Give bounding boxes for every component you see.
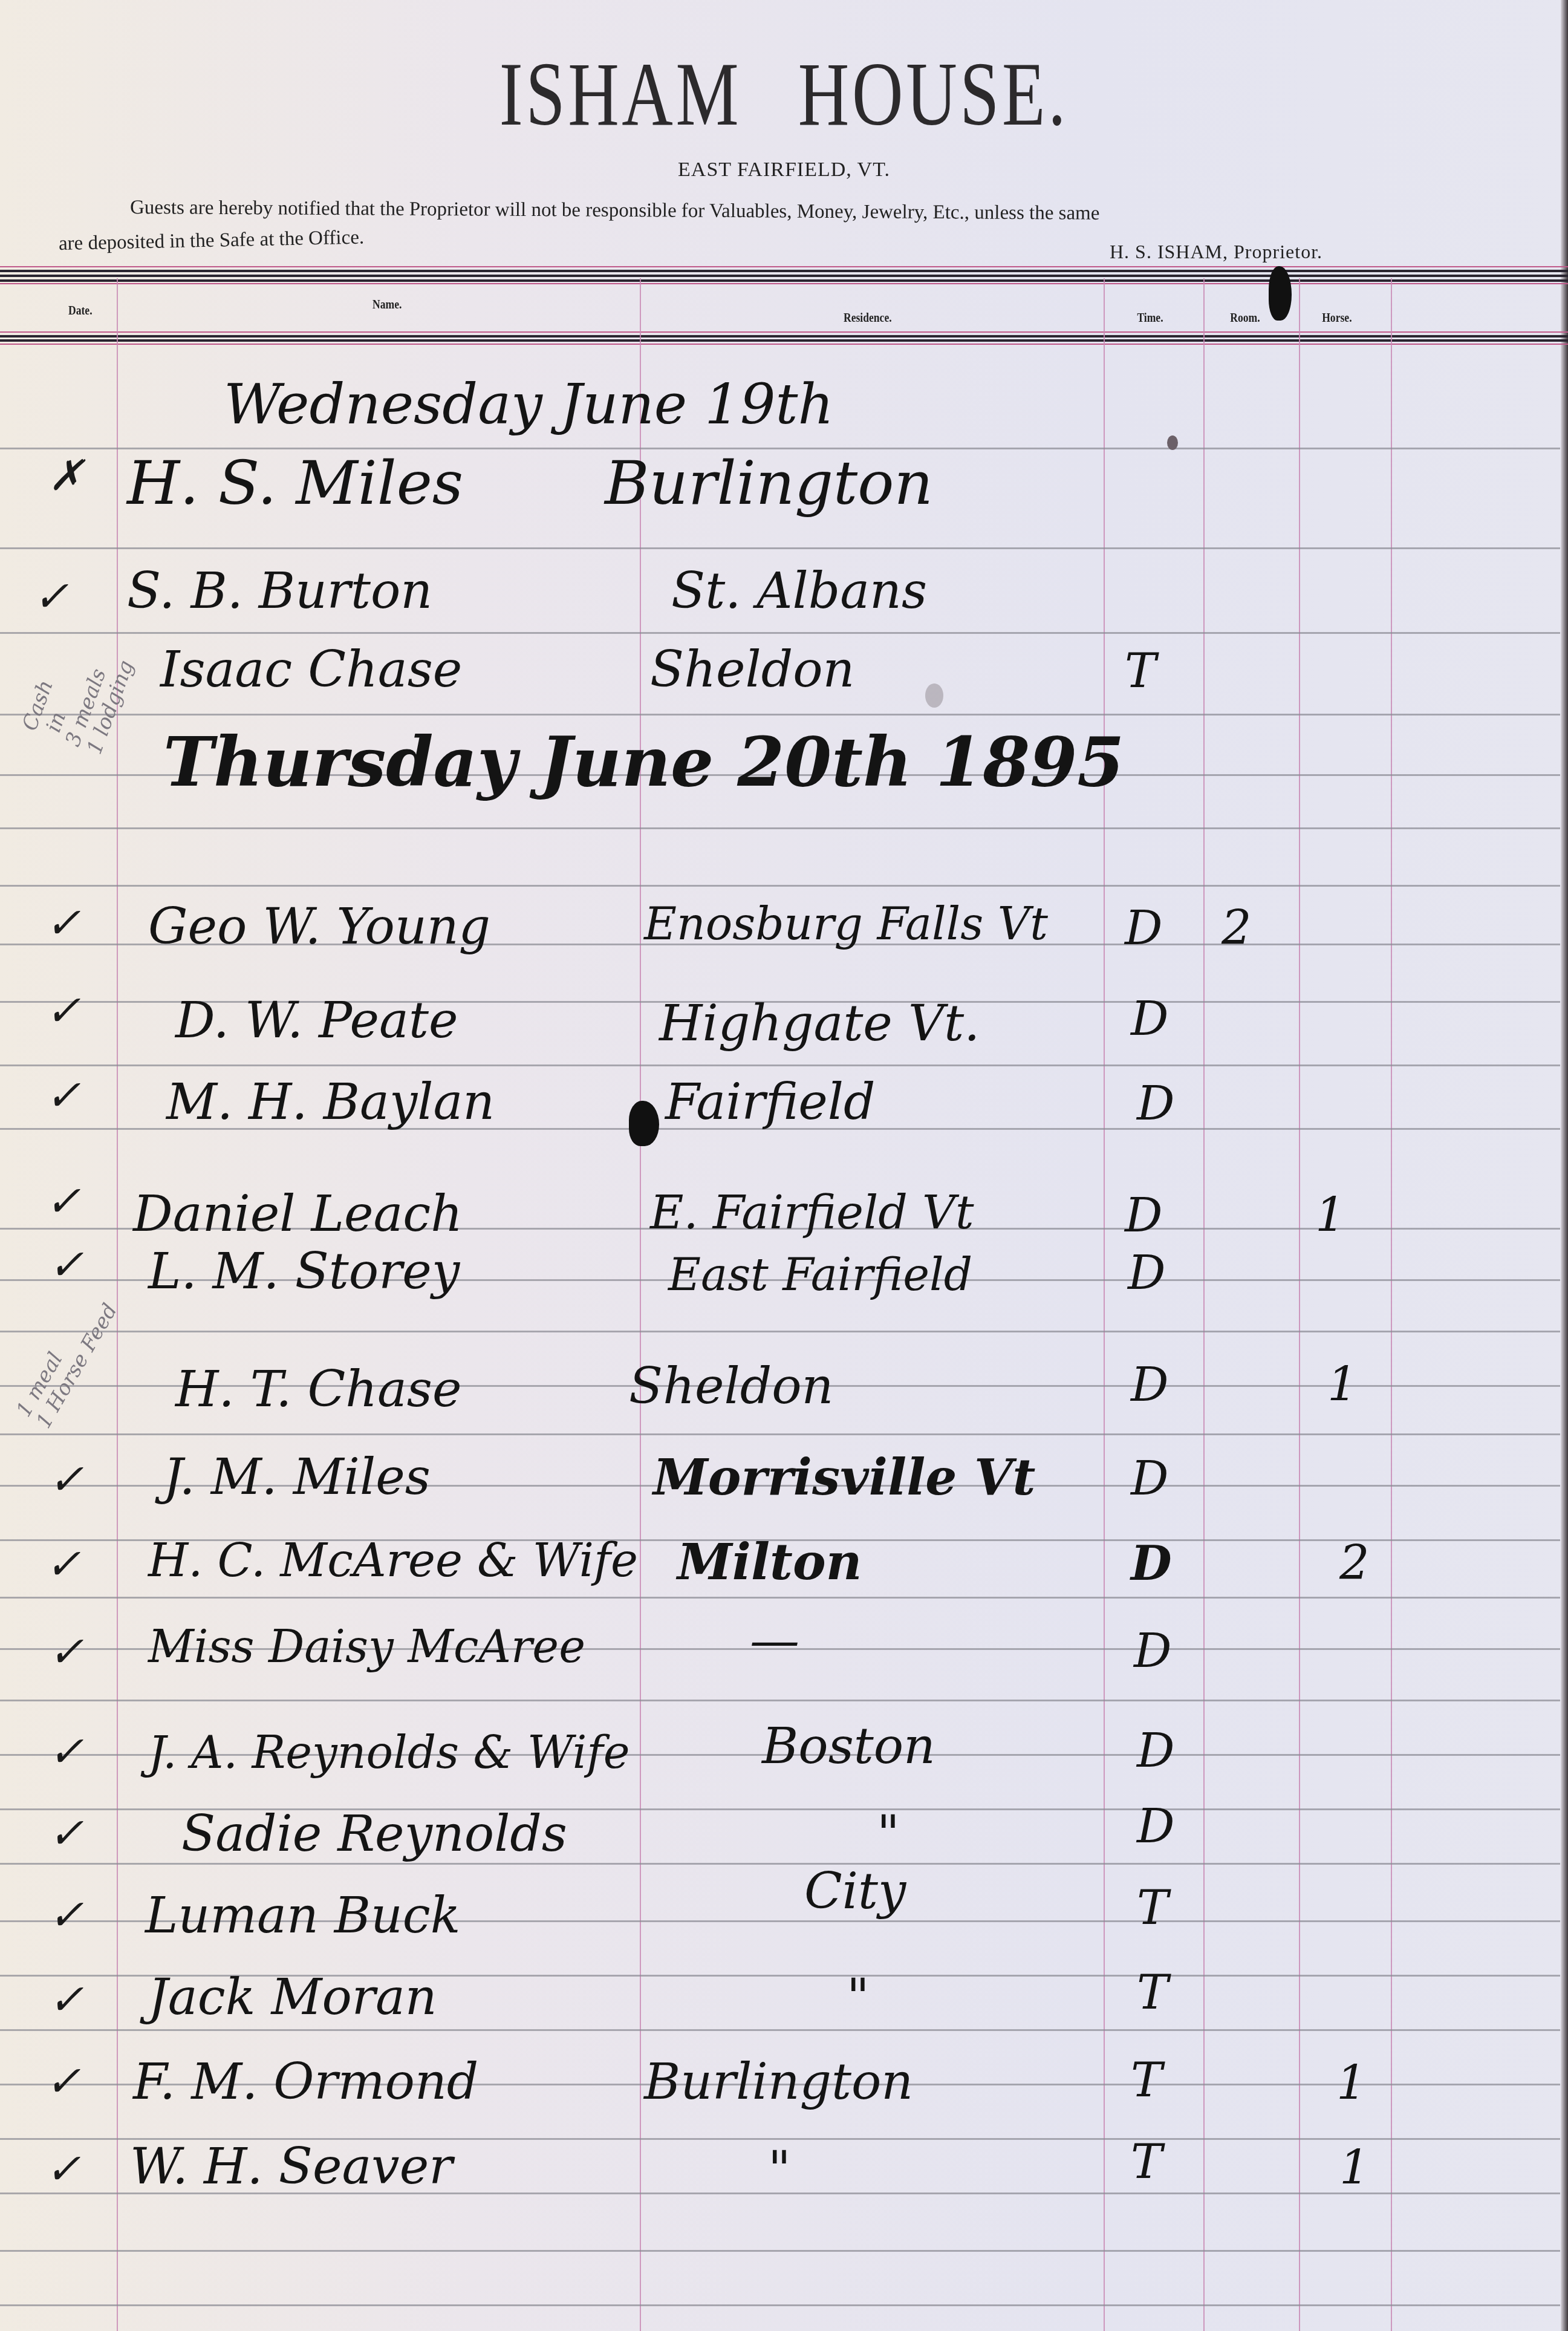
room-number: 2	[1222, 901, 1252, 956]
guest-name: H. S. Miles	[127, 448, 463, 518]
ruled-line	[0, 2250, 1560, 2252]
guest-residence: City	[804, 1863, 906, 1920]
checkmark-icon: ✓	[48, 1240, 84, 1289]
column-divider	[1391, 278, 1392, 2331]
guest-name: Jack Moran	[148, 1969, 437, 2026]
guest-residence: Burlington	[644, 2053, 913, 2111]
ruled-line	[0, 1064, 1560, 1066]
header-rule-top	[0, 266, 1568, 284]
guest-residence: Milton	[677, 1533, 862, 1591]
checkmark-icon: ✓	[45, 986, 81, 1035]
guest-residence: Highgate Vt.	[659, 995, 980, 1052]
guest-name: H. C. McAree & Wife	[148, 1533, 638, 1587]
guest-residence: Sheldon	[650, 641, 854, 699]
guest-name: M. H. Baylan	[166, 1074, 495, 1131]
margin-note-cash: Cash in 3 meals 1 lodging	[18, 634, 138, 757]
arrival-time: D	[1131, 1536, 1172, 1591]
checkmark-icon: ✓	[48, 1455, 84, 1504]
checkmark-icon: ✓	[45, 2056, 81, 2106]
arrival-time: T	[1125, 644, 1156, 699]
checkmark-icon: ✓	[45, 2144, 81, 2194]
arrival-time: D	[1131, 1452, 1169, 1506]
horse-count: 1	[1327, 1358, 1358, 1412]
column-header-time: Time.	[1137, 310, 1163, 325]
guest-residence: Burlington	[605, 448, 933, 518]
proprietor-signature: H. S. ISHAM, Proprietor.	[1110, 241, 1322, 263]
day-heading-thursday: Thursday June 20th 1895	[163, 723, 1124, 802]
checkmark-icon: ✓	[33, 572, 69, 621]
column-divider	[117, 278, 118, 2331]
day-heading-wednesday: Wednesday June 19th	[224, 372, 834, 437]
checkmark-icon: ✓	[45, 1539, 81, 1589]
ruled-line	[0, 632, 1560, 634]
arrival-time: D	[1134, 1624, 1172, 1678]
guest-residence: —	[750, 1612, 799, 1669]
ruled-line	[0, 1597, 1560, 1599]
notice-line-1: Guests are hereby notified that the Prop…	[130, 197, 1100, 225]
checkmark-icon: ✓	[48, 1890, 84, 1940]
header-rule-bottom	[0, 331, 1568, 350]
arrival-time: D	[1125, 1188, 1163, 1243]
checkmark-icon: ✓	[45, 1071, 81, 1120]
checkmark-icon: ✓	[48, 1975, 84, 2024]
paper-stain	[925, 683, 943, 708]
ruled-line	[0, 547, 1560, 549]
guest-residence: St. Albans	[671, 562, 927, 620]
column-header-date: Date.	[68, 302, 93, 318]
checkmark-icon: ✓	[45, 1176, 81, 1226]
arrival-time: D	[1125, 901, 1163, 956]
guest-residence: E. Fairfield Vt	[650, 1185, 974, 1239]
guest-residence: "	[877, 1805, 900, 1863]
guest-residence: "	[847, 1969, 870, 2026]
hotel-location: EAST FAIRFIELD, VT.	[0, 158, 1568, 181]
arrival-time: T	[1137, 1881, 1168, 1935]
guest-residence: East Fairfield	[668, 1249, 972, 1301]
guest-name: Luman Buck	[145, 1887, 460, 1945]
arrival-time: D	[1131, 992, 1169, 1046]
guest-name: D. W. Peate	[175, 992, 458, 1049]
arrival-time: T	[1137, 1966, 1168, 2020]
ruled-line	[0, 1331, 1560, 1332]
column-divider	[1104, 278, 1105, 2331]
ruled-line	[0, 2304, 1560, 2306]
guest-name: Miss Daisy McAree	[148, 1621, 585, 1673]
guest-name: J. A. Reynolds & Wife	[148, 1727, 630, 1779]
paper-stain	[1167, 435, 1178, 450]
guest-residence: Boston	[762, 1718, 935, 1775]
title-word-1: ISHAM	[499, 44, 741, 145]
guest-name: Geo W. Young	[148, 898, 490, 956]
guest-name: L. M. Storey	[148, 1243, 460, 1300]
ruled-line	[0, 2029, 1560, 2031]
title-word-2: HOUSE.	[798, 44, 1069, 145]
arrival-time: T	[1131, 2135, 1162, 2189]
guest-name: J. M. Miles	[163, 1449, 431, 1506]
column-divider	[1299, 278, 1300, 2331]
horse-count: 1	[1315, 1188, 1345, 1243]
arrival-time: D	[1137, 1799, 1175, 1854]
horse-count: 2	[1339, 1536, 1370, 1591]
guest-name: Sadie Reynolds	[181, 1805, 567, 1863]
ruled-line	[0, 827, 1560, 829]
guest-name: F. M. Ormond	[133, 2053, 478, 2111]
notice-line-2: are deposited in the Safe at the Office.	[59, 226, 365, 255]
guest-name: H. T. Chase	[175, 1361, 461, 1418]
column-header-name: Name.	[372, 296, 402, 312]
ruled-line	[0, 885, 1560, 887]
column-header-residence: Residence.	[844, 310, 892, 325]
arrival-time: D	[1128, 1246, 1166, 1300]
column-header-horse: Horse.	[1322, 310, 1352, 325]
hotel-title: ISHAMHOUSE.	[172, 42, 1396, 146]
guest-residence: "	[768, 2141, 791, 2199]
book-binding-edge	[1561, 0, 1568, 2331]
ruled-line	[0, 1863, 1560, 1865]
guest-name: W. H. Seaver	[130, 2138, 452, 2196]
column-divider	[640, 278, 641, 2331]
checkmark-icon: ✓	[48, 1627, 84, 1677]
guest-residence: Fairfield	[665, 1074, 876, 1131]
arrival-time: T	[1131, 2053, 1162, 2108]
horse-count: 1	[1339, 2141, 1370, 2196]
ink-blot	[1269, 266, 1292, 321]
guest-residence: Morrisville Vt	[653, 1449, 1036, 1507]
checkmark-icon: ✓	[48, 1727, 84, 1776]
register-page: ISHAMHOUSE. EAST FAIRFIELD, VT. Guests a…	[0, 0, 1568, 2331]
checkmark-icon: ✓	[48, 1808, 84, 1858]
horse-count: 1	[1336, 2056, 1367, 2111]
guest-name: S. B. Burton	[127, 562, 432, 620]
arrival-time: D	[1137, 1724, 1175, 1778]
checkmark-icon: ✗	[48, 451, 84, 500]
ruled-line	[0, 714, 1560, 716]
checkmark-icon: ✓	[45, 898, 81, 948]
ruled-line	[0, 1700, 1560, 1701]
guest-name: Daniel Leach	[133, 1185, 463, 1243]
guest-name: Isaac Chase	[160, 641, 462, 699]
margin-note-meal: 1 meal 1 Horse Feed	[12, 1288, 122, 1432]
arrival-time: D	[1137, 1077, 1175, 1131]
ink-blot	[629, 1101, 659, 1146]
column-divider	[1203, 278, 1205, 2331]
arrival-time: D	[1131, 1358, 1169, 1412]
guest-residence: Sheldon	[629, 1358, 833, 1415]
column-header-room: Room.	[1230, 310, 1260, 325]
ruled-line	[0, 1433, 1560, 1435]
guest-residence: Enosburg Falls Vt	[644, 898, 1048, 950]
